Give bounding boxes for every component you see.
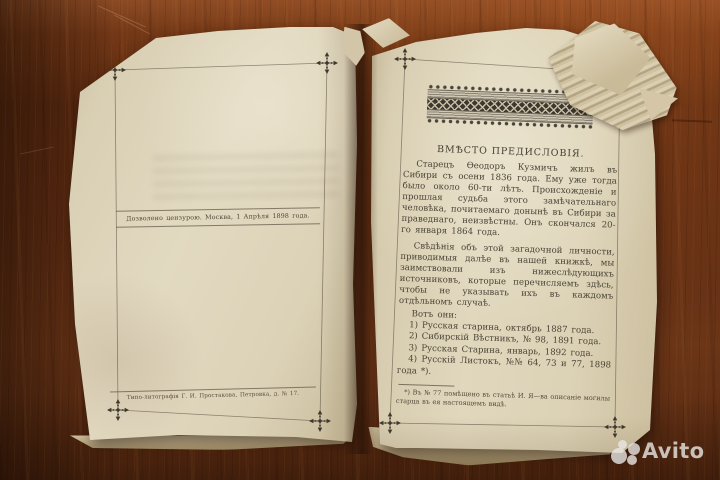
paragraph: Свѣдѣнія объ этой загадочной личности, п… (399, 241, 615, 314)
footnote-rule (398, 384, 454, 387)
paragraph: Старецъ Ѳеодоръ Кузмичъ жилъ въ Сибири с… (401, 159, 617, 243)
frame-line (390, 423, 615, 427)
avito-wordmark: Avito (642, 439, 704, 463)
corner-ornament-icon (379, 412, 401, 434)
crumpled-corner (540, 16, 678, 140)
chapter-title: ВМѢСТО ПРЕДИСЛОВІЯ. (404, 143, 618, 161)
avito-logo-icon (611, 448, 627, 464)
book-photo-scene: Дозволено цензурою. Москва, 1 Апрѣля 189… (0, 0, 720, 480)
corner-ornament-icon (394, 48, 416, 70)
avito-logo-icon (628, 443, 640, 455)
corner-ornament-icon (604, 416, 626, 438)
avito-watermark: Avito (610, 438, 718, 476)
avito-logo-icon (627, 455, 637, 465)
